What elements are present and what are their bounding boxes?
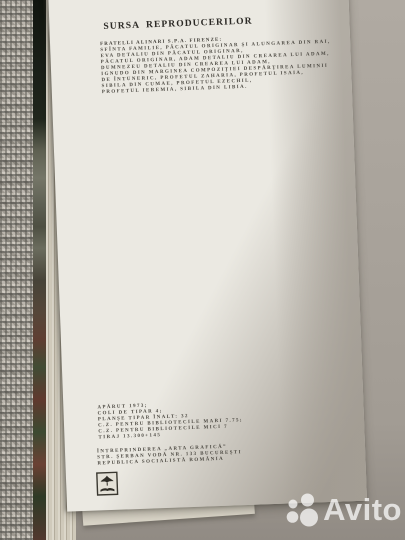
publisher-logo-stamp xyxy=(96,471,119,497)
avito-dots-icon xyxy=(284,492,320,528)
page-content: SURSA REPRODUCERILOR FRATELLI ALINARI S.… xyxy=(48,0,367,512)
carpet-background xyxy=(0,0,33,540)
credits-block: FRATELLI ALINARI S.P.A. FIRENZE: SFÎNTA … xyxy=(100,34,332,96)
page-title: SURSA REPRODUCERILOR xyxy=(103,17,253,32)
avito-wordmark: Avito xyxy=(323,492,402,528)
print-info-block: APĂRUT 1973; COLI DE TIPAR 4; PLANȘE TIP… xyxy=(97,400,243,442)
marketplace-photo-of-book-page: { "page": { "title": "SURSA REPRODUCERIL… xyxy=(0,0,405,540)
avito-watermark: Avito xyxy=(284,492,402,528)
open-book-bird-icon xyxy=(96,471,119,497)
publisher-block: ÎNTREPRINDEREA „ARTA GRAFICĂ” STR. ȘERBA… xyxy=(97,444,242,467)
colophon-page: SURSA REPRODUCERILOR FRATELLI ALINARI S.… xyxy=(48,0,367,512)
